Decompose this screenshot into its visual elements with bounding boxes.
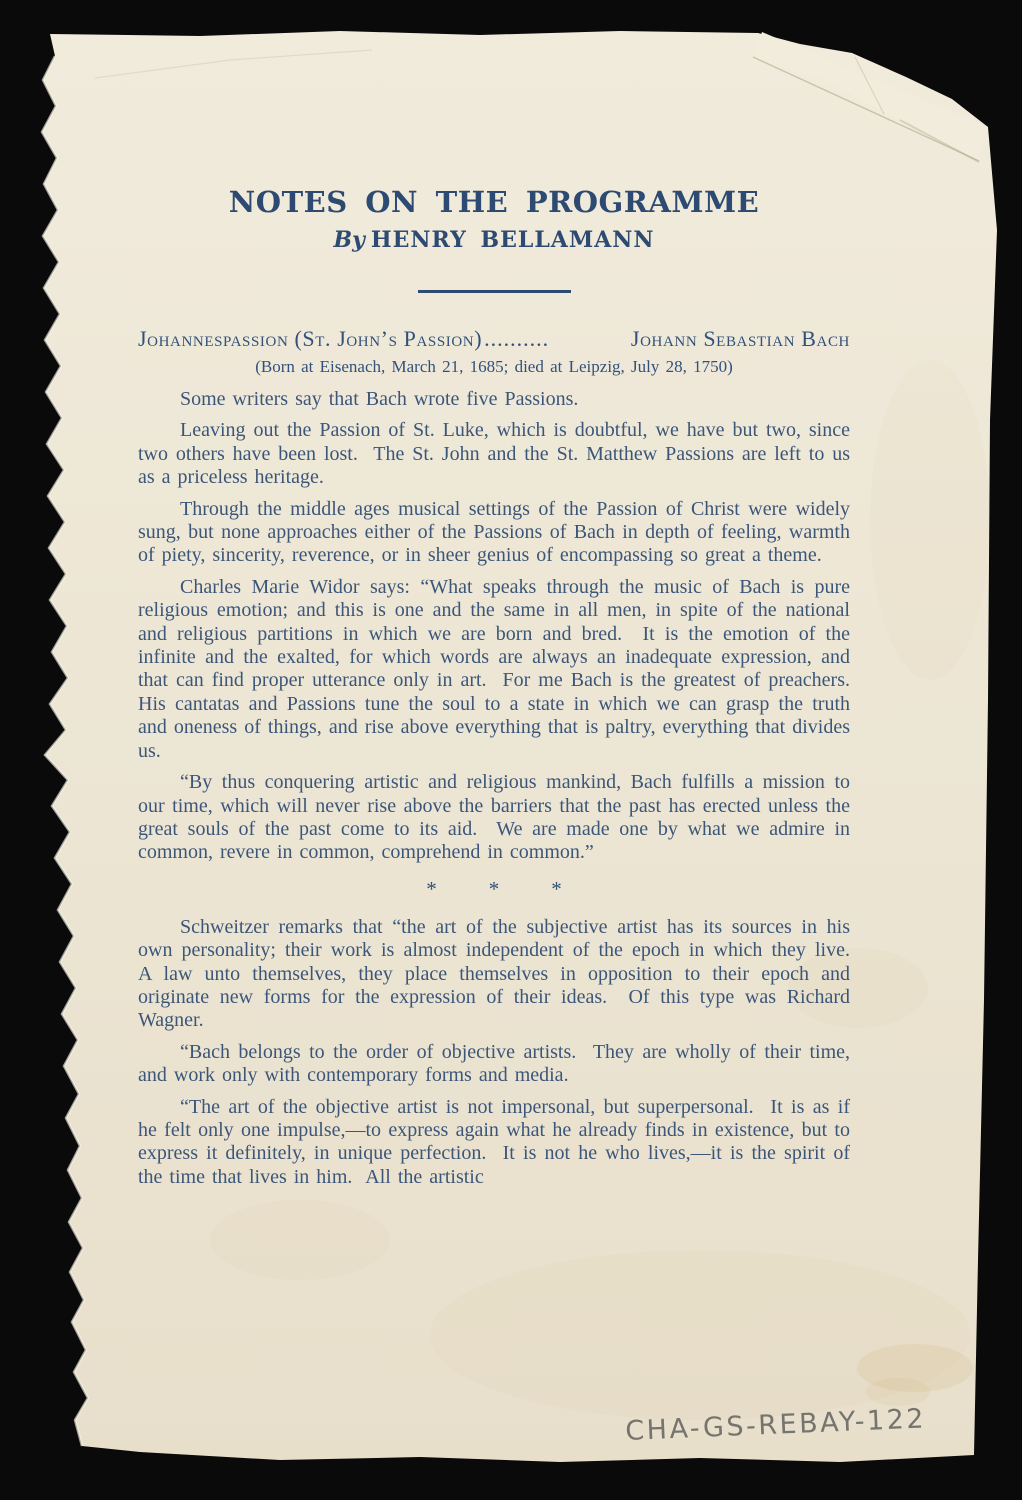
asterisk-separator: ***	[138, 879, 850, 900]
stain	[210, 1200, 390, 1280]
composer-dates: (Born at Eisenach, March 21, 1685; died …	[138, 357, 850, 377]
asterisk: *	[426, 879, 437, 900]
paragraph: Through the middle ages musical settings…	[138, 498, 850, 568]
programme-notes-content: NOTES ON THE PROGRAMME ByHENRY BELLAMANN…	[138, 186, 850, 1197]
work-heading: Johannespassion (St. John’s Passion)....…	[138, 326, 850, 352]
stain	[430, 1250, 970, 1420]
asterisk: *	[551, 879, 562, 900]
byline-author: HENRY BELLAMANN	[371, 227, 655, 253]
leader-dots: ..........	[484, 326, 549, 352]
divider-rule	[418, 290, 571, 293]
paragraph: Some writers say that Bach wrote five Pa…	[138, 388, 850, 411]
paragraph: “The art of the objective artist is not …	[138, 1096, 850, 1190]
asterisk: *	[489, 879, 500, 900]
composer-name: Johann Sebastian Bach	[631, 326, 850, 352]
page-title: NOTES ON THE PROGRAMME	[138, 186, 850, 218]
paragraph: “By thus conquering artistic and religio…	[138, 771, 850, 865]
work-title: Johannespassion (St. John’s Passion)	[138, 326, 482, 352]
paragraph: Leaving out the Passion of St. Luke, whi…	[138, 419, 850, 489]
paragraph: Schweitzer remarks that “the art of the …	[138, 916, 850, 1033]
stain	[870, 360, 990, 680]
paragraph: “Bach belongs to the order of objective …	[138, 1041, 850, 1088]
paragraph: Charles Marie Widor says: “What speaks t…	[138, 576, 850, 763]
byline: ByHENRY BELLAMANN	[138, 227, 850, 253]
byline-prefix: By	[333, 227, 364, 253]
scanned-programme-page: NOTES ON THE PROGRAMME ByHENRY BELLAMANN…	[0, 0, 1022, 1500]
